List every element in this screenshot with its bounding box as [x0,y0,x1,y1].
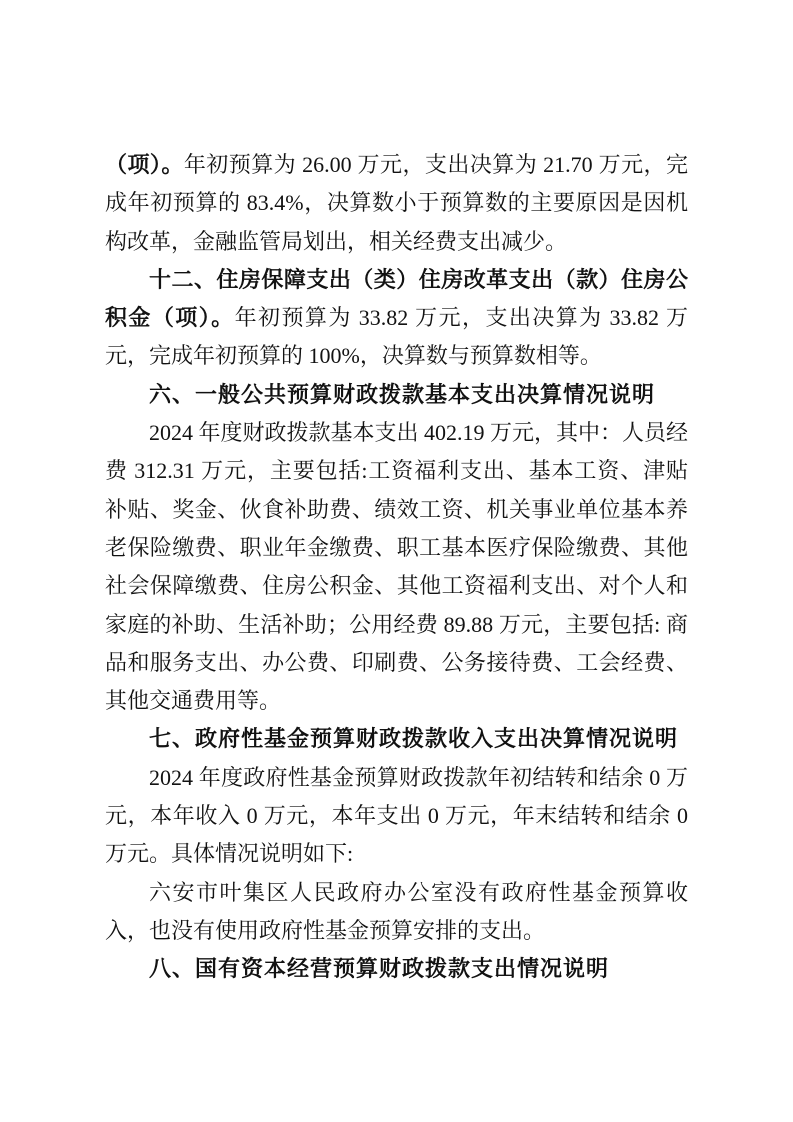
paragraph-item11-text: 年初预算为 26.00 万元，支出决算为 21.70 万元，完成年初预算的 83… [105,152,688,254]
paragraph-item12: 十二、住房保障支出（类）住房改革支出（款）住房公积金（项）。年初预算为 33.8… [105,261,688,376]
document-page: （项）。年初预算为 26.00 万元，支出决算为 21.70 万元，完成年初预算… [0,0,793,1122]
section-heading-eight: 八、国有资本经营预算财政拨款支出情况说明 [105,950,688,988]
paragraph-section-six: 2024 年度财政拨款基本支出 402.19 万元，其中：人员经费 312.31… [105,414,688,720]
paragraph-item11-bold-lead: （项）。 [105,152,184,177]
paragraph-item11-continuation: （项）。年初预算为 26.00 万元，支出决算为 21.70 万元，完成年初预算… [105,146,688,261]
section-heading-seven: 七、政府性基金预算财政拨款收入支出决算情况说明 [105,720,688,758]
section-heading-six: 六、一般公共预算财政拨款基本支出决算情况说明 [105,376,688,414]
paragraph-section-seven-b: 六安市叶集区人民政府办公室没有政府性基金预算收入，也没有使用政府性基金预算安排的… [105,874,688,951]
paragraph-section-seven-a: 2024 年度政府性基金预算财政拨款年初结转和结余 0 万元，本年收入 0 万元… [105,759,688,874]
document-body: （项）。年初预算为 26.00 万元，支出决算为 21.70 万元，完成年初预算… [105,146,688,989]
